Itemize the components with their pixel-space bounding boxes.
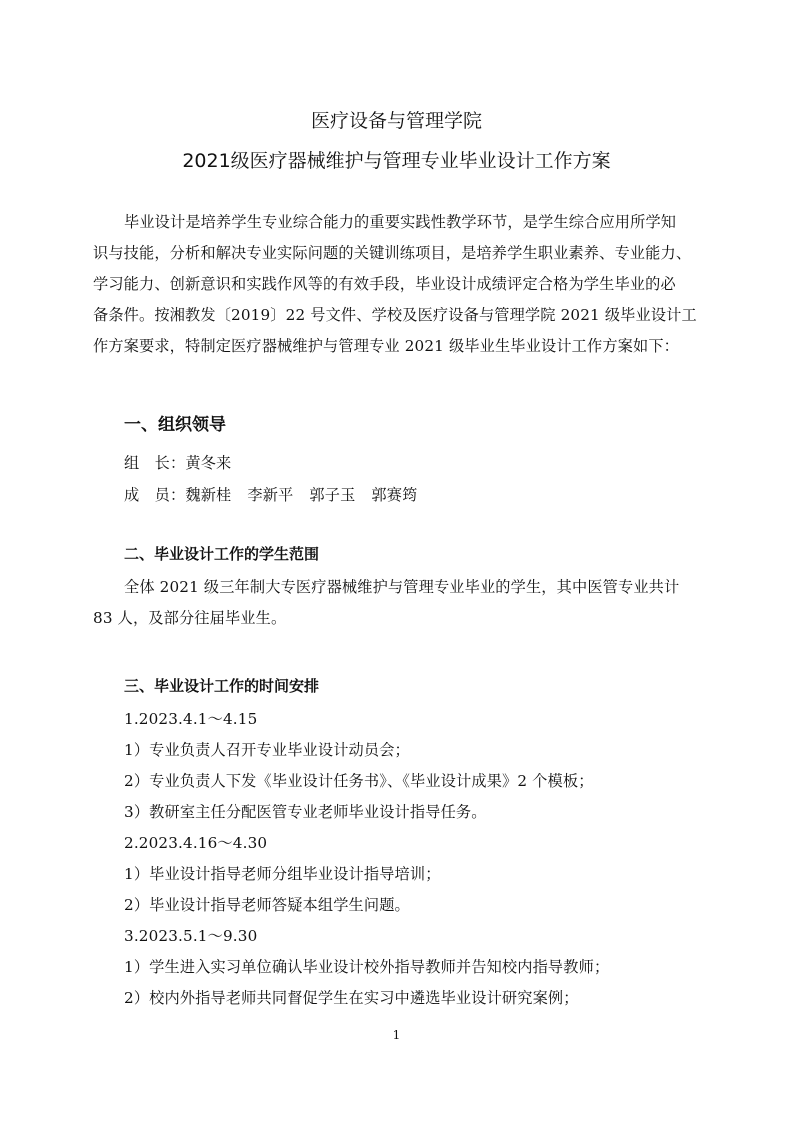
team-leader-label: 组 长：: [124, 454, 185, 472]
schedule-item: 2）专业负责人下发《毕业设计任务书》、《毕业设计成果》2 个模板；: [124, 770, 734, 791]
schedule-item: 2）校内外指导老师共同督促学生在实习中遴选毕业设计研究案例；: [124, 987, 734, 1008]
section-heading-schedule: 三、毕业设计工作的时间安排: [124, 675, 319, 696]
team-member-name: 魏新桂: [185, 486, 231, 504]
intro-paragraph-line: 作方案要求，特制定医疗器械维护与管理专业 2021 级毕业生毕业设计工作方案如下…: [93, 335, 703, 356]
schedule-phase-date: 2.2023.4.16～4.30: [124, 832, 734, 853]
team-leader-name: 黄冬来: [185, 454, 231, 472]
schedule-item: 2）毕业设计指导老师答疑本组学生问题。: [124, 894, 734, 915]
team-member-name: 郭子玉: [309, 486, 355, 504]
document-title-college: 医疗设备与管理学院: [0, 106, 793, 133]
section-heading-student-scope: 二、毕业设计工作的学生范围: [124, 543, 319, 564]
intro-paragraph-line: 备条件。按湘教发〔2019〕22 号文件、学校及医疗设备与管理学院 2021 级…: [93, 304, 703, 325]
schedule-item: 1）毕业设计指导老师分组毕业设计指导培训；: [124, 863, 734, 884]
team-member-name: 李新平: [247, 486, 293, 504]
document-page: 医疗设备与管理学院 2021级医疗器械维护与管理专业毕业设计工作方案 毕业设计是…: [0, 0, 793, 1122]
scope-paragraph-line: 83 人，及部分往届毕业生。: [93, 607, 703, 628]
team-members-label: 成 员：: [124, 486, 185, 504]
schedule-phase-date: 1.2023.4.1～4.15: [124, 708, 734, 729]
team-member-name: 郭赛筠: [371, 486, 417, 504]
page-number: 1: [0, 1028, 793, 1042]
intro-paragraph-line: 学习能力、创新意识和实践作风等的有效手段，毕业设计成绩评定合格为学生毕业的必: [93, 273, 703, 294]
schedule-phase-date: 3.2023.5.1～9.30: [124, 925, 734, 946]
schedule-item: 1）专业负责人召开专业毕业设计动员会；: [124, 739, 734, 760]
schedule-item: 3）教研室主任分配医管专业老师毕业设计指导任务。: [124, 801, 734, 822]
intro-paragraph-line: 识与技能，分析和解决专业实际问题的关键训练项目，是培养学生职业素养、专业能力、: [93, 242, 703, 263]
scope-paragraph-line: 全体 2021 级三年制大专医疗器械维护与管理专业毕业的学生，其中医管专业共计: [124, 576, 734, 597]
document-title-plan: 2021级医疗器械维护与管理专业毕业设计工作方案: [0, 146, 793, 173]
intro-paragraph-line: 毕业设计是培养学生专业综合能力的重要实践性教学环节，是学生综合应用所学知: [124, 211, 734, 232]
team-leader-row: 组 长：黄冬来: [124, 452, 734, 473]
section-heading-organization: 一、组织领导: [124, 410, 226, 435]
team-members-row: 成 员：魏新桂李新平郭子玉郭赛筠: [124, 484, 734, 505]
schedule-item: 1）学生进入实习单位确认毕业设计校外指导教师并告知校内指导教师；: [124, 956, 734, 977]
